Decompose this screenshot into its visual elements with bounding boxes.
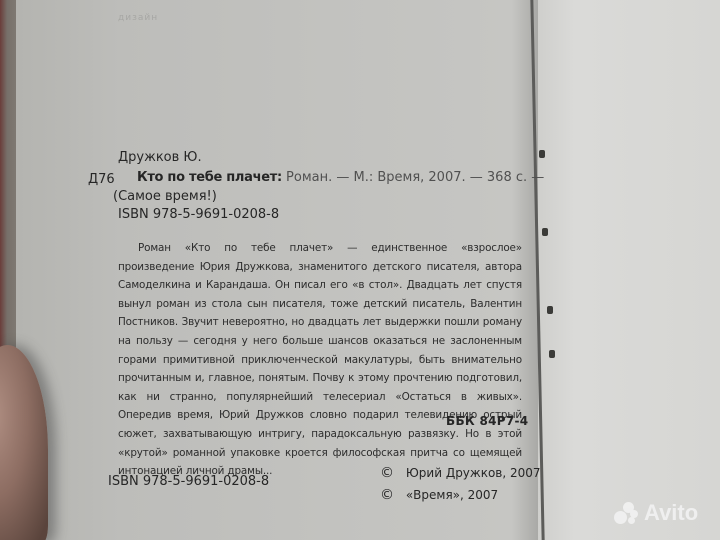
- binding-stitch: [539, 150, 545, 158]
- avito-watermark: Avito: [614, 500, 698, 526]
- binding-stitch: [549, 350, 555, 358]
- catalog-series: (Самое время!): [113, 189, 217, 204]
- annotation-paragraph: Роман «Кто по тебе плачет» — единственно…: [118, 239, 522, 481]
- copyright-text: Юрий Дружков, 2007: [406, 466, 541, 480]
- copyright-author: © Юрий Дружков, 2007: [380, 465, 541, 481]
- right-page: [538, 0, 720, 540]
- copyright-text: «Время», 2007: [406, 488, 498, 502]
- classification-code: Д76: [88, 172, 115, 187]
- binding-stitch: [547, 306, 553, 314]
- title-bold: Кто по тебе плачет:: [137, 170, 282, 185]
- isbn-bottom: ISBN 978-5-9691-0208-8: [108, 474, 269, 489]
- avito-brand-text: Avito: [644, 500, 698, 526]
- bleed-through-text: дизайн: [118, 13, 158, 23]
- bbk-code: ББК 84Р7-4: [446, 414, 528, 428]
- catalog-title: Кто по тебе плачет: Роман. — М.: Время, …: [137, 170, 544, 185]
- avito-logo-icon: [614, 500, 640, 526]
- binding-stitch: [542, 228, 548, 236]
- catalog-author: Дружков Ю.: [118, 150, 202, 165]
- title-details: Роман. — М.: Время, 2007. — 368 с. —: [286, 170, 544, 185]
- copyright-icon: ©: [380, 487, 402, 503]
- copyright-publisher: © «Время», 2007: [380, 487, 498, 503]
- copyright-icon: ©: [380, 465, 402, 481]
- catalog-isbn: ISBN 978-5-9691-0208-8: [118, 207, 279, 222]
